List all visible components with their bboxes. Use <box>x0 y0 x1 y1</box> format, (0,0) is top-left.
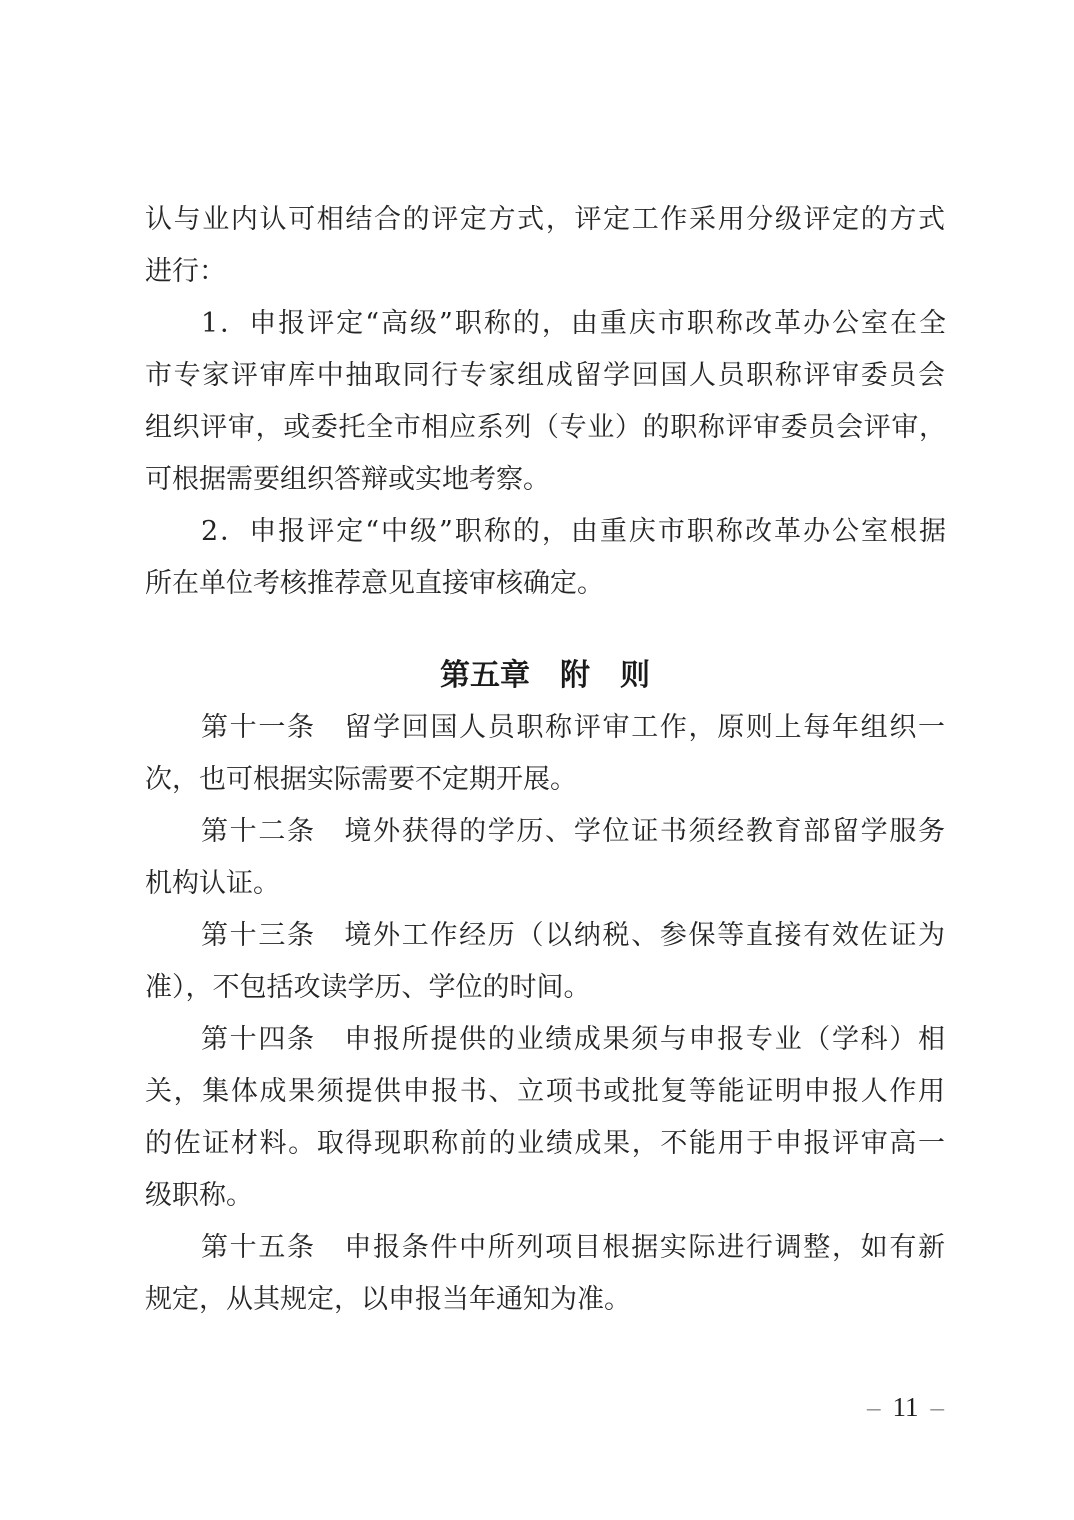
page-number-left-dash: – <box>867 1392 881 1422</box>
body-line: 的佐证材料。取得现职称前的业绩成果，不能用于申报评审高一 <box>145 1118 945 1170</box>
body-line: 所在单位考核推荐意见直接审核确定。 <box>145 558 945 610</box>
body-line: 关，集体成果须提供申报书、立项书或批复等能证明申报人作用 <box>145 1066 945 1118</box>
body-line: 市专家评审库中抽取同行专家组成留学回国人员职称评审委员会 <box>145 350 945 402</box>
body-line: 准），不包括攻读学历、学位的时间。 <box>145 962 945 1014</box>
body-line: 第十三条 境外工作经历（以纳税、参保等直接有效佐证为 <box>145 910 945 962</box>
body-line: 2．申报评定“中级”职称的，由重庆市职称改革办公室根据 <box>145 506 945 558</box>
body-line: 组织评审，或委托全市相应系列（专业）的职称评审委员会评审， <box>145 402 945 454</box>
document-page: 认与业内认可相结合的评定方式，评定工作采用分级评定的方式 进行： 1．申报评定“… <box>0 0 1074 1520</box>
body-line: 1．申报评定“高级”职称的，由重庆市职称改革办公室在全 <box>145 298 945 350</box>
body-line: 进行： <box>145 246 945 298</box>
body-line: 认与业内认可相结合的评定方式，评定工作采用分级评定的方式 <box>145 194 945 246</box>
body-line: 第十五条 申报条件中所列项目根据实际进行调整，如有新 <box>145 1222 945 1274</box>
body-line: 第十二条 境外获得的学历、学位证书须经教育部留学服务 <box>145 806 945 858</box>
body-line: 第十四条 申报所提供的业绩成果须与申报专业（学科）相 <box>145 1014 945 1066</box>
body-line: 规定，从其规定，以申报当年通知为准。 <box>145 1274 945 1326</box>
document-body: 认与业内认可相结合的评定方式，评定工作采用分级评定的方式 进行： 1．申报评定“… <box>145 194 945 1326</box>
page-number: –11– <box>867 1390 944 1424</box>
body-line: 次，也可根据实际需要不定期开展。 <box>145 754 945 806</box>
body-line: 机构认证。 <box>145 858 945 910</box>
page-number-value: 11 <box>893 1392 919 1422</box>
chapter-heading: 第五章 附 则 <box>145 650 945 702</box>
body-line: 第十一条 留学回国人员职称评审工作，原则上每年组织一 <box>145 702 945 754</box>
body-line: 可根据需要组织答辩或实地考察。 <box>145 454 945 506</box>
page-number-right-dash: – <box>931 1392 945 1422</box>
body-line: 级职称。 <box>145 1170 945 1222</box>
